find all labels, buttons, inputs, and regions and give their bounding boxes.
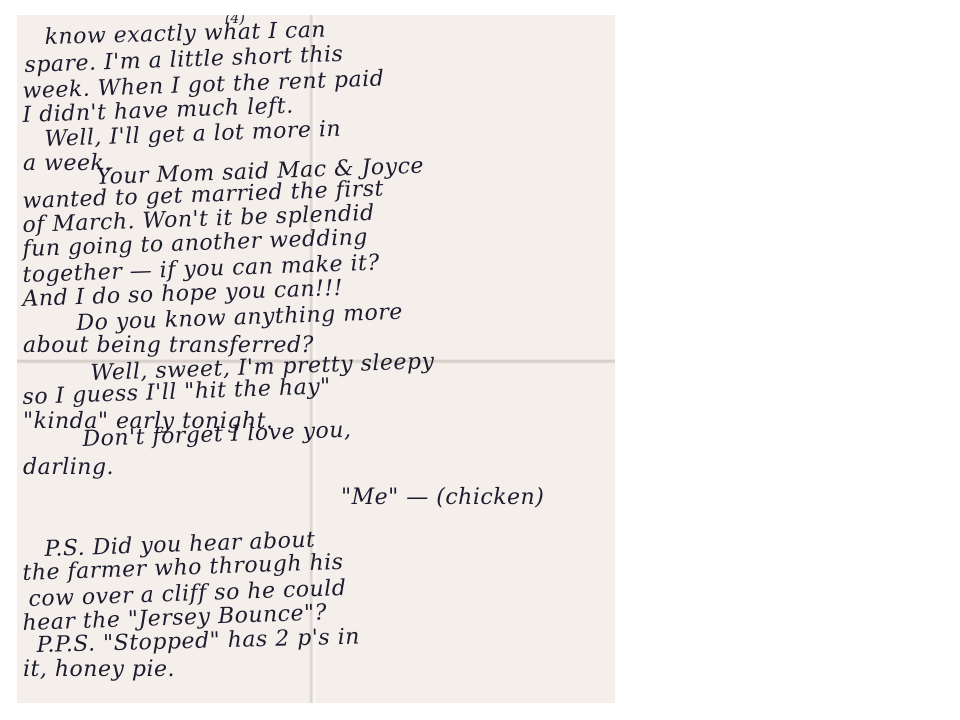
letter-line: darling. — [23, 455, 114, 480]
letter-postscript: it, honey pie. — [23, 657, 175, 682]
letter-signature: "Me" — (chicken) — [341, 485, 544, 510]
letter-line: so I guess I'll "hit the hay" — [22, 374, 331, 410]
letter-page: (4) know exactly what I can spare. I'm a… — [17, 15, 615, 703]
